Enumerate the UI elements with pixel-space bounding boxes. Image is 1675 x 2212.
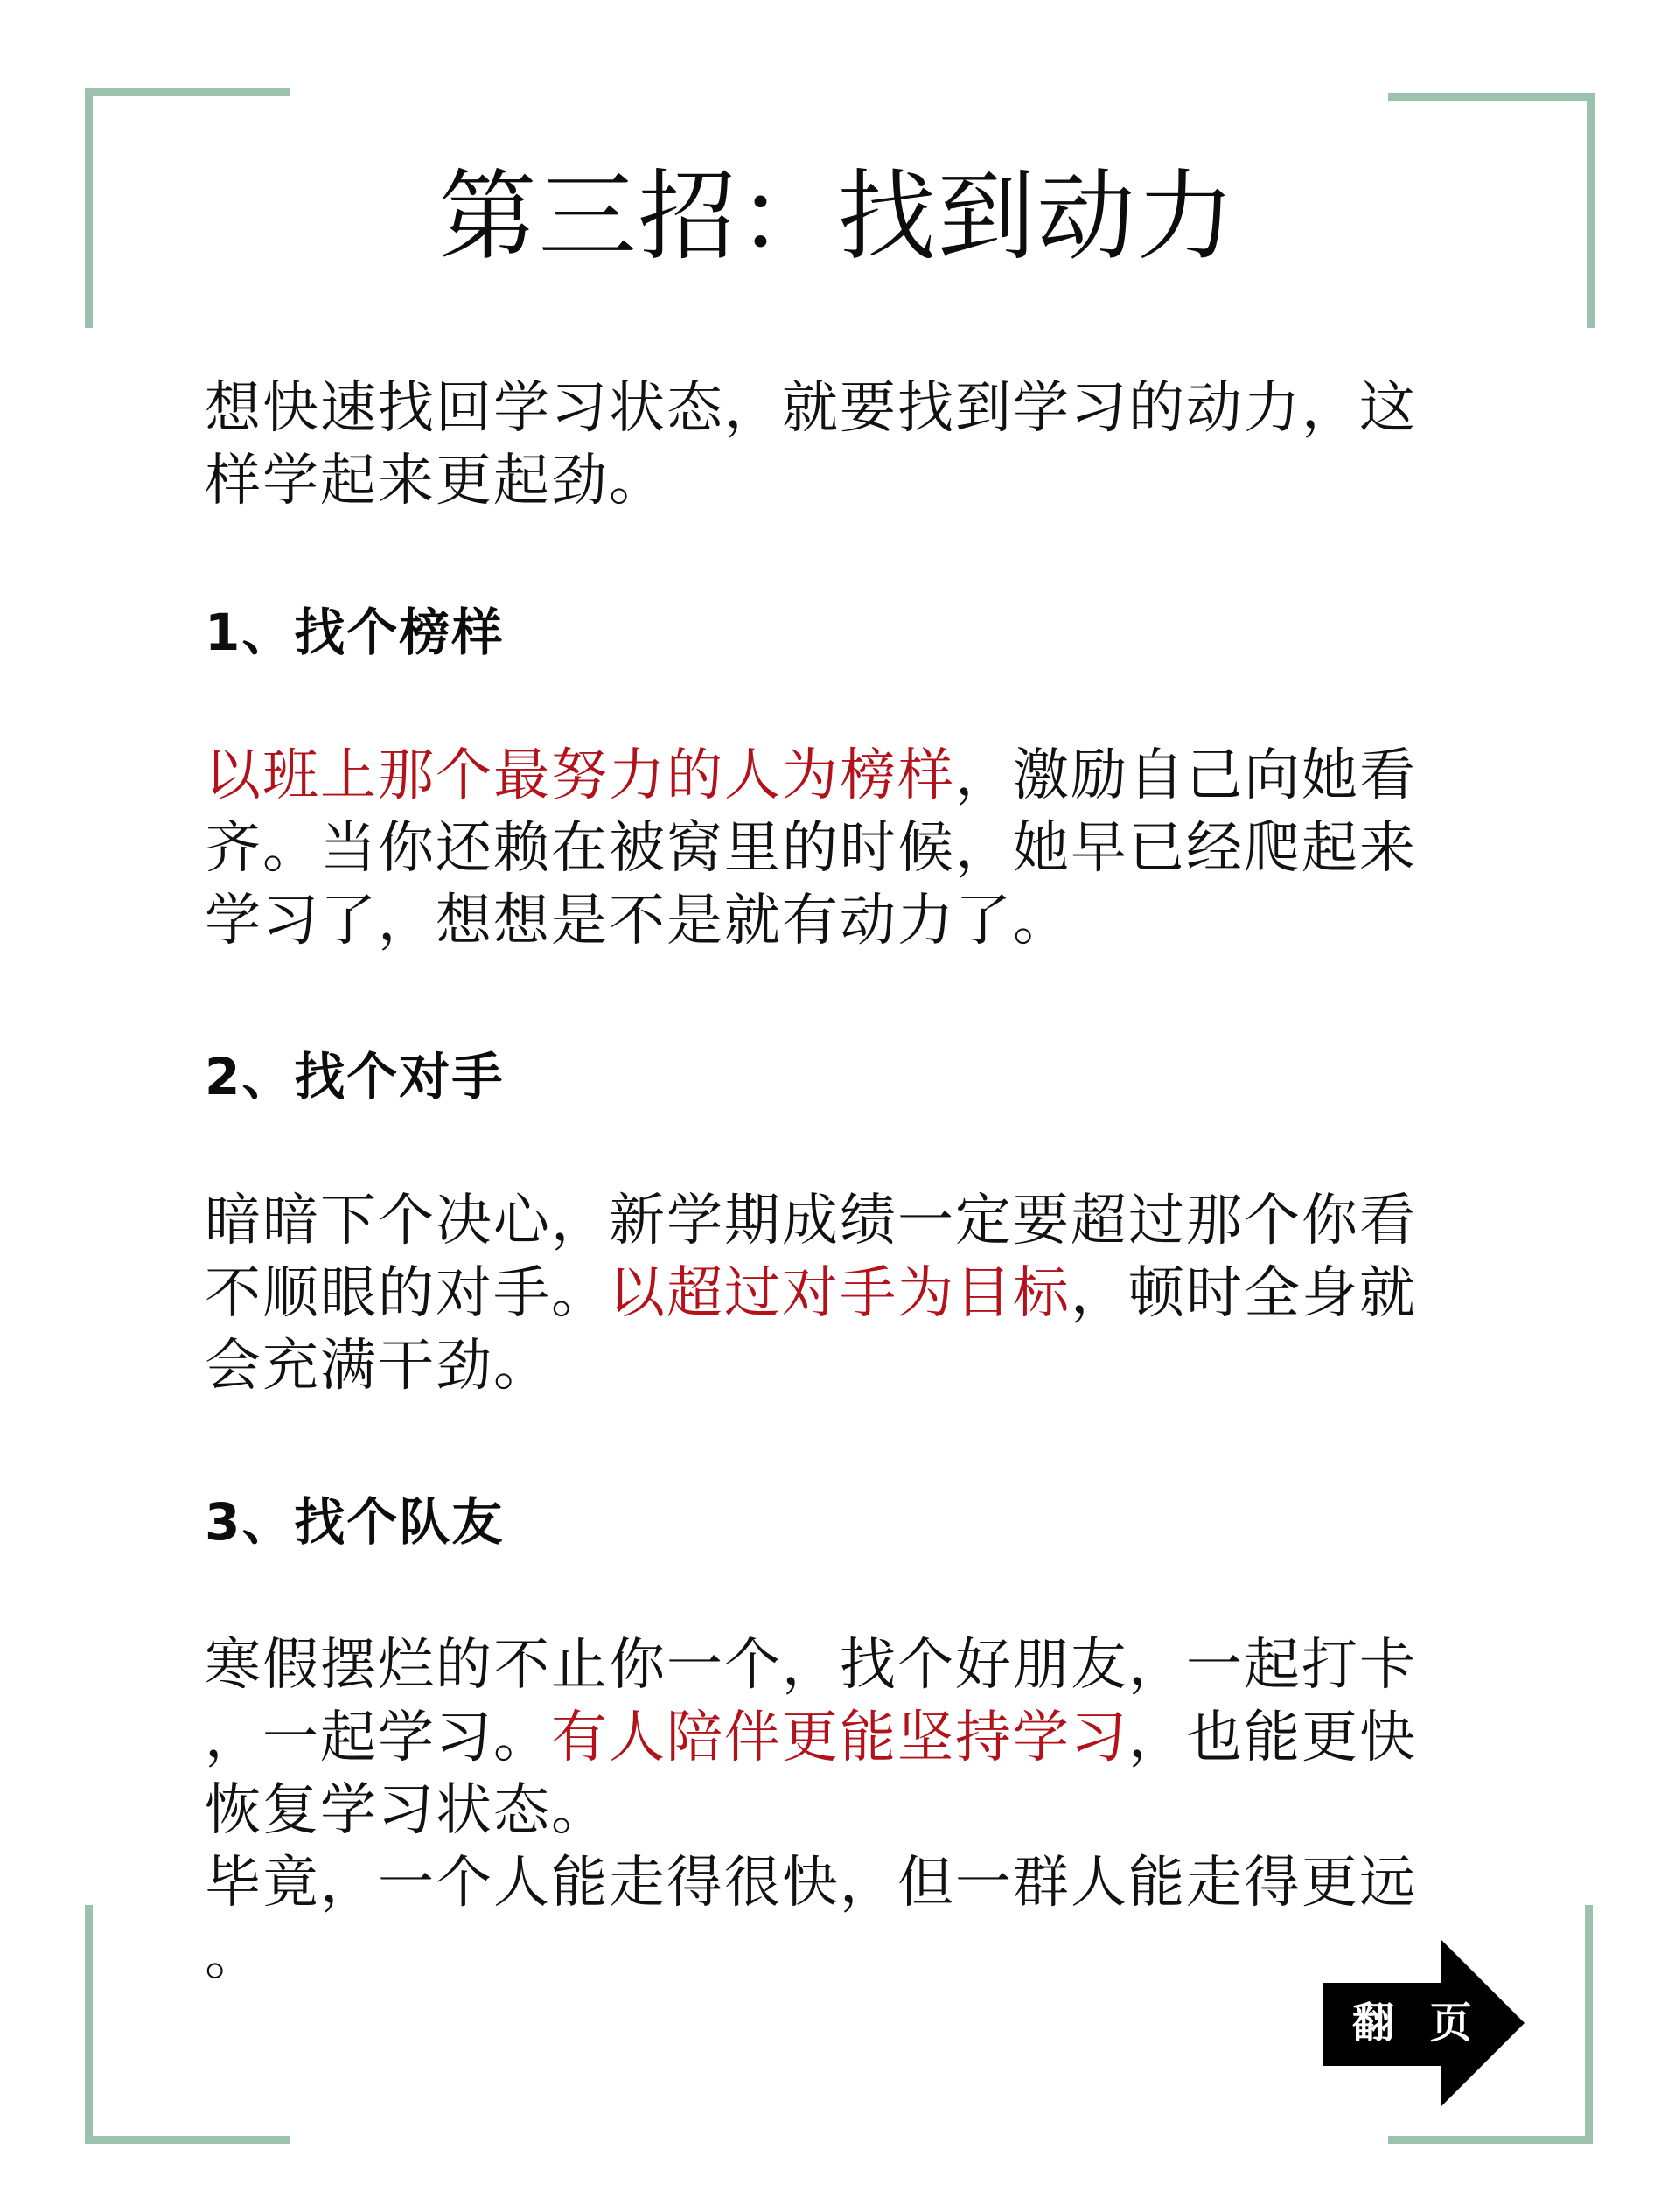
section-heading-2: 2、找个对手 xyxy=(205,1042,504,1112)
body-text: 。 xyxy=(205,1923,262,1988)
text-line: 毕竟，一个人能走得很快，但一群人能走得更远 xyxy=(205,1847,1447,1920)
text-line: 想快速找回学习状态，就要找到学习的动力，这 xyxy=(205,373,1447,445)
frame-corner-bottom-left-horizontal xyxy=(85,2136,290,2144)
body-text: 暗暗下个决心，新学期成绩一定要超过那个你看 xyxy=(205,1189,1417,1253)
body-text: 想快速找回学习状态，就要找到学习的动力，这 xyxy=(205,376,1417,441)
highlighted-text: 以班上那个最努力的人为榜样 xyxy=(205,743,955,808)
next-page-label[interactable]: 翻 页 xyxy=(1352,1998,1483,2048)
body-text: 学习了，想想是不是就有动力了。 xyxy=(205,889,1071,953)
text-line: 学习了，想想是不是就有动力了。 xyxy=(205,885,1447,958)
frame-corner-bottom-right-horizontal xyxy=(1388,2136,1593,2144)
text-line: 不顺眼的对手。以超过对手为目标，顿时全身就 xyxy=(205,1258,1447,1330)
body-text: 毕竟，一个人能走得很快，但一群人能走得更远 xyxy=(205,1851,1417,1915)
body-text: 寒假摆烂的不止你一个，找个好朋友，一起打卡 xyxy=(205,1633,1417,1698)
section-1-paragraph: 以班上那个最努力的人为榜样，激励自己向她看齐。当你还赖在被窝里的时候，她早已经爬… xyxy=(205,740,1447,958)
highlighted-text: 有人陪伴更能坚持学习 xyxy=(551,1706,1128,1770)
body-text: 不顺眼的对手。 xyxy=(205,1261,609,1326)
text-line: 齐。当你还赖在被窝里的时候，她早已经爬起来 xyxy=(205,813,1447,885)
text-line: 。 xyxy=(205,1920,1447,1992)
section-heading-1: 1、找个榜样 xyxy=(205,597,504,667)
body-text: 齐。当你还赖在被窝里的时候，她早已经爬起来 xyxy=(205,816,1417,881)
section-3-paragraph: 寒假摆烂的不止你一个，找个好朋友，一起打卡，一起学习。有人陪伴更能坚持学习，也能… xyxy=(205,1629,1447,1992)
body-text: 样学起来更起劲。 xyxy=(205,449,667,513)
intro-paragraph: 想快速找回学习状态，就要找到学习的动力，这样学起来更起劲。 xyxy=(205,373,1447,518)
body-text: 恢复学习状态。 xyxy=(205,1778,609,1843)
frame-corner-top-left-horizontal xyxy=(85,88,290,96)
highlighted-text: 以超过对手为目标 xyxy=(609,1261,1071,1326)
text-line: 恢复学习状态。 xyxy=(205,1775,1447,1847)
body-text: ，顿时全身就 xyxy=(1071,1261,1417,1326)
frame-corner-top-right-horizontal xyxy=(1388,93,1595,101)
frame-corner-bottom-right-vertical xyxy=(1585,1905,1593,2144)
frame-corner-bottom-left-vertical xyxy=(85,1905,93,2144)
text-line: 会充满干劲。 xyxy=(205,1330,1447,1403)
text-line: 寒假摆烂的不止你一个，找个好朋友，一起打卡 xyxy=(205,1629,1447,1702)
text-line: 暗暗下个决心，新学期成绩一定要超过那个你看 xyxy=(205,1185,1447,1258)
page-title: 第三招：找到动力 xyxy=(0,156,1675,278)
body-text: ，也能更快 xyxy=(1128,1706,1417,1770)
body-text: ，一起学习。 xyxy=(205,1706,551,1770)
body-text: 会充满干劲。 xyxy=(205,1334,551,1399)
body-text: ，激励自己向她看 xyxy=(955,743,1417,808)
text-line: 样学起来更起劲。 xyxy=(205,445,1447,518)
text-line: 以班上那个最努力的人为榜样，激励自己向她看 xyxy=(205,740,1447,813)
text-line: ，一起学习。有人陪伴更能坚持学习，也能更快 xyxy=(205,1702,1447,1775)
section-2-paragraph: 暗暗下个决心，新学期成绩一定要超过那个你看不顺眼的对手。以超过对手为目标，顿时全… xyxy=(205,1185,1447,1403)
section-heading-3: 3、找个队友 xyxy=(205,1487,504,1557)
